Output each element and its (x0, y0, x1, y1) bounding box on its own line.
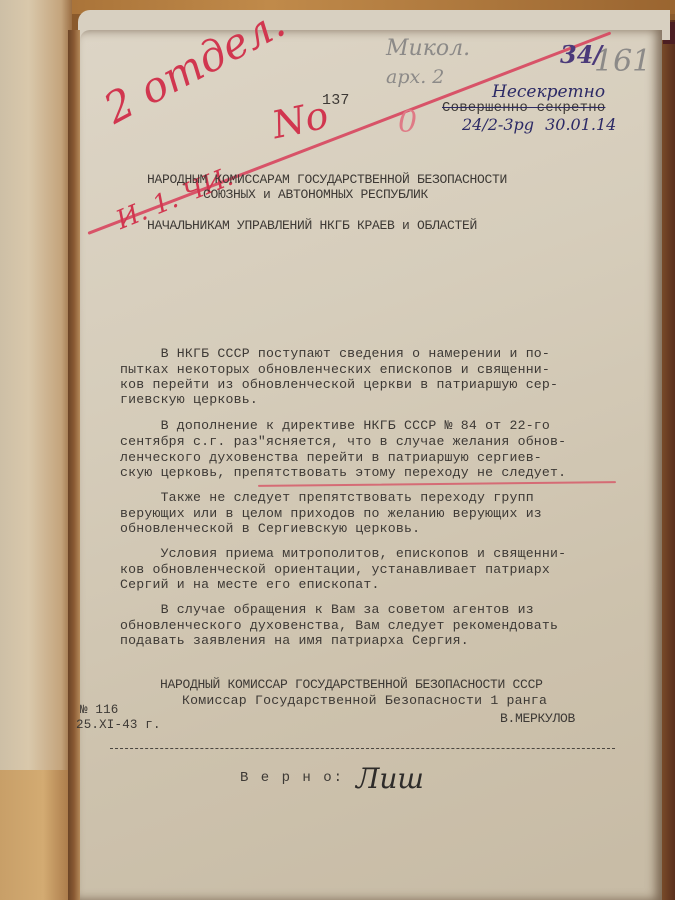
document-date: 25.XI-43 г. (76, 718, 161, 732)
certified-label: В е р н о: (240, 770, 344, 786)
document-number: № 116 (80, 703, 119, 717)
signatory-rank: Комиссар Государственной Безопасности 1 … (182, 693, 547, 708)
text-line: ков обновленческой ориентации, устанавли… (120, 562, 550, 577)
text-line: В НКГБ СССР поступают сведения о намерен… (120, 346, 550, 361)
text-line: В случае обращения к Вам за советом аген… (120, 602, 534, 617)
typed-number: 137 (322, 92, 350, 109)
text-line: обновленческой в Сергиевскую церковь. (120, 521, 420, 536)
text-line: ленческого духовенства перейти в патриар… (120, 450, 542, 465)
separator-line (110, 748, 615, 749)
text-line: Условия приема митрополитов, епископов и… (120, 546, 566, 561)
pencil-note: Микол. (386, 36, 470, 61)
text-line: В дополнение к директиве НКГБ СССР № 84 … (120, 418, 550, 433)
text-line: подавать заявления на имя патриарха Серг… (120, 633, 469, 648)
text-line: верующих или в целом приходов по желанию… (120, 506, 542, 521)
binder-previous-page (0, 0, 72, 900)
binder-cover (0, 770, 72, 900)
addressee-line-2: СОЮЗНЫХ и АВТОНОМНЫХ РЕСПУБЛИК (203, 187, 428, 202)
text-line: Также не следует препятствовать переходу… (120, 490, 534, 505)
text-line: ков перейти из обновленческой церкви в п… (120, 377, 558, 392)
text-line: пытках некоторых обновленческих епископо… (120, 362, 550, 377)
pencil-page-number: 161 (594, 44, 651, 79)
certifier-signature: Лиш (356, 762, 424, 795)
declassified-stamp: Несекретно (492, 82, 605, 102)
text-line: гиевскую церковь. (120, 392, 258, 407)
binder-right-edge (661, 20, 675, 900)
addressee-line-1: НАРОДНЫМ КОМИССАРАМ ГОСУДАРСТВЕННОЙ БЕЗО… (147, 172, 507, 187)
text-line: сентября с.г. раз"ясняется, что в случае… (120, 434, 566, 449)
pencil-archive-note: арх. 2 (386, 66, 444, 88)
text-line: Сергий и на месте его епископат. (120, 577, 380, 592)
addressee-line-3: НАЧАЛЬНИКАМ УПРАВЛЕНИЙ НКГБ КРАЕВ и ОБЛА… (147, 218, 477, 233)
folio-number: 34/ (560, 40, 602, 69)
signatory-title: НАРОДНЫЙ КОМИССАР ГОСУДАРСТВЕННОЙ БЕЗОПА… (160, 677, 543, 692)
text-line: скую церковь, препятствовать этому перех… (120, 465, 566, 480)
signatory-name: В.МЕРКУЛОВ (500, 711, 575, 726)
zero-annotation: 0 (398, 105, 417, 140)
struck-classification: Совершенно секретно (442, 100, 605, 116)
declassification-ref: 24/2-3рg 30.01.14 (462, 115, 616, 134)
binder-fold (68, 30, 80, 900)
text-line: обновленческого духовенства, Вам следует… (120, 618, 558, 633)
